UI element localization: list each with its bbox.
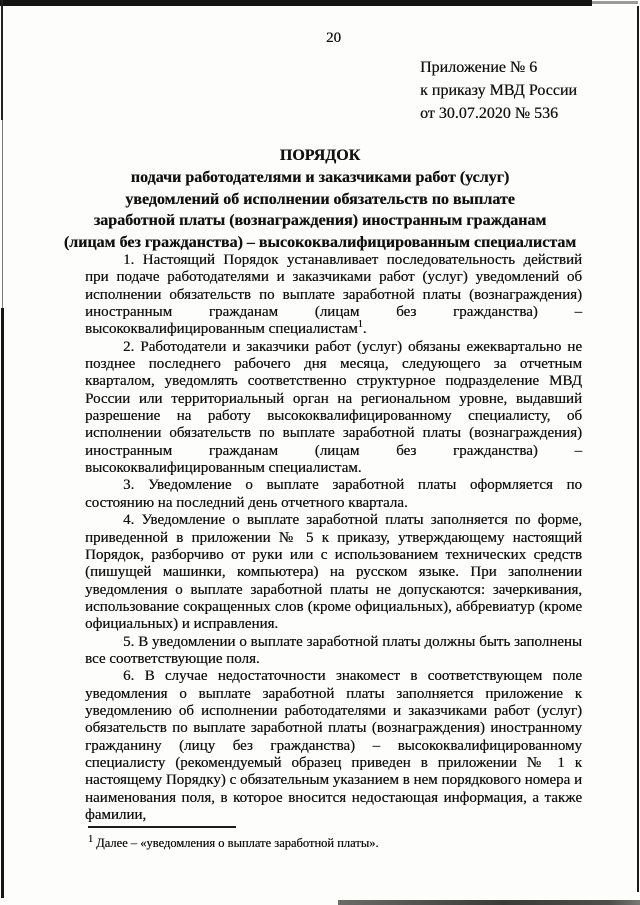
scan-artifact-left-edge-upper (1, 0, 3, 120)
paragraph-text: 3. Уведомление о выплате заработной плат… (85, 477, 582, 510)
title-line: уведомлений об исполнении обязательств п… (40, 189, 600, 211)
appendix-block: Приложение № 6 к приказу МВД России от 3… (420, 56, 577, 125)
paragraph-text: 6. В случае недостаточности знакомест в … (85, 668, 582, 823)
paragraph-text: 2. Работодатели и заказчики работ (услуг… (85, 339, 582, 476)
title-line: ПОРЯДОК (40, 145, 600, 167)
document-page: 20 Приложение № 6 к приказу МВД России о… (0, 0, 640, 905)
paragraph-6: 6. В случае недостаточности знакомест в … (85, 668, 582, 824)
scan-artifact-right-edge (637, 6, 639, 892)
document-title: ПОРЯДОК подачи работодателями и заказчик… (40, 145, 600, 254)
paragraph-1: 1. Настоящий Порядок устанавливает после… (85, 252, 582, 339)
scan-artifact-top-bar-tail (592, 1, 638, 4)
appendix-line: к приказу МВД России (420, 79, 577, 102)
title-line: заработной платы (вознаграждения) иностр… (40, 210, 600, 232)
paragraph-text: 4. Уведомление о выплате заработной плат… (85, 512, 582, 632)
title-line: (лицам без гражданства) – высококвалифиц… (40, 232, 600, 254)
document-body: 1. Настоящий Порядок устанавливает после… (85, 252, 582, 824)
paragraph-2: 2. Работодатели и заказчики работ (услуг… (85, 339, 582, 478)
paragraph-text: 5. В уведомлении о выплате заработной пл… (85, 634, 582, 667)
footnote-marker: 1 (88, 834, 93, 845)
scan-artifact-bottom-bar (338, 900, 640, 905)
paragraph-text-tail: . (363, 321, 367, 337)
appendix-line: от 30.07.2020 № 536 (420, 102, 577, 125)
scan-artifact-left-edge-lower (1, 308, 4, 898)
page-number: 20 (85, 30, 582, 47)
footnote-text: Далее – «уведомления о выплате заработно… (96, 836, 378, 850)
scan-artifact-top-bar (0, 0, 592, 6)
paragraph-4: 4. Уведомление о выплате заработной плат… (85, 512, 582, 633)
footnote-separator (88, 826, 236, 828)
footnote: 1 Далее – «уведомления о выплате заработ… (88, 836, 568, 851)
paragraph-5: 5. В уведомлении о выплате заработной пл… (85, 634, 582, 669)
paragraph-3: 3. Уведомление о выплате заработной плат… (85, 477, 582, 512)
title-line: подачи работодателями и заказчиками рабо… (40, 167, 600, 189)
appendix-line: Приложение № 6 (420, 56, 577, 79)
paragraph-text: 1. Настоящий Порядок устанавливает после… (85, 252, 582, 337)
